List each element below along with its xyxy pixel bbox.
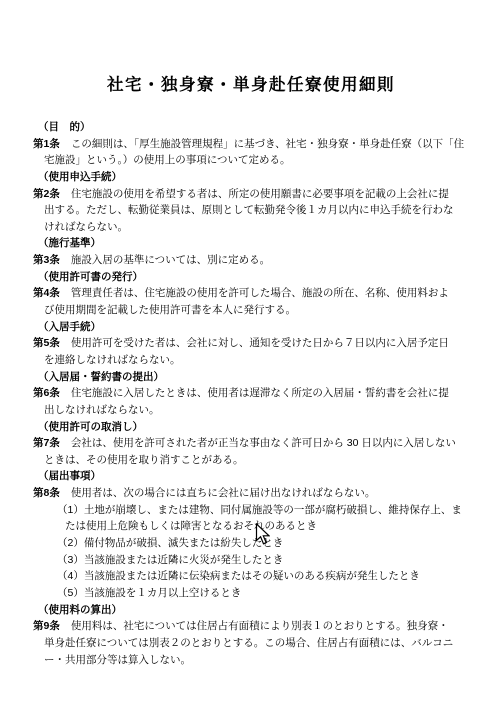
article-line: 単身赴任寮については別表２のとおりとする。この場合、住居占有面積には、バルコニ [44,635,502,652]
article-line: 第6条住宅施設に入居したときは、使用者は遅滞なく所定の入居届・誓約書を会社に提 [33,385,502,402]
article-line: 第9条使用料は、社宅については住居占有面積により別表１のとおりとする。独身寮・ [33,618,502,635]
document-title: 社宅・独身寮・単身赴任寮使用細則 [0,71,502,95]
list-item-line: （3）当該施設または近隣に火災が発生したとき [57,552,502,569]
article-line: 第2条住宅施設の使用を希望する者は、所定の使用願書に必要事項を記載の上会社に提 [33,186,502,203]
section-heading: （入居届・誓約書の提出） [38,369,502,386]
article-line: 第7条会社は、使用を許可された者が正当な事由なく許可日から 30 日以内に入居し… [33,435,502,452]
article-text: 施設入居の基準については、別に定める。 [71,254,270,266]
article-text: 使用料は、社宅については住居占有面積により別表１のとおりとする。独身寮・ [71,620,449,632]
article-line: 第3条施設入居の基準については、別に定める。 [33,252,502,269]
list-item-line: たは使用上危険もしくは障害となるおそれのあるとき [65,518,502,535]
article-number: 第9条 [33,620,60,632]
section-heading: （目 的） [38,119,502,136]
article-line: 第4条管理責任者は、住宅施設の使用を許可した場合、施設の所在、名称、使用料およ [33,285,502,302]
article-number: 第4条 [33,287,60,299]
article-line: 出しなければならない。 [44,402,502,419]
article-number: 第1条 [33,138,60,150]
article-line: を連絡しなければならない。 [44,352,502,369]
section-heading: （使用料の算出） [38,602,502,619]
list-item-line: （2）備付物品が破損、滅失または紛失したとき [57,535,502,552]
article-number: 第6条 [33,387,60,399]
article-line: 宅施設」という。）の使用上の事項について定める。 [44,152,502,169]
article-number: 第5条 [33,337,60,349]
article-line: ときは、その使用を取り消すことがある。 [44,452,502,469]
article-number: 第7条 [33,437,60,449]
article-text: この細則は、「厚生施設管理規程」に基づき、社宅・独身寮・単身赴任寮（以下「住 [71,138,464,150]
section-heading: （使用許可書の発行） [38,269,502,286]
article-line: ー・共用部分等は算入しない。 [44,652,502,669]
article-text: 使用許可を受けた者は、会社に対し、通知を受けた日から７日以内に入居予定日 [71,337,449,349]
article-text: 住宅施設に入居したときは、使用者は遅滞なく所定の入居届・誓約書を会社に提 [71,387,449,399]
section-heading: （届出事項） [38,468,502,485]
article-line: 第5条使用許可を受けた者は、会社に対し、通知を受けた日から７日以内に入居予定日 [33,335,502,352]
article-text: 管理責任者は、住宅施設の使用を許可した場合、施設の所在、名称、使用料およ [71,287,449,299]
section-heading: （入居手続） [38,319,502,336]
article-number: 第2条 [33,188,60,200]
section-heading: （使用申込手続） [38,169,502,186]
article-text: 会社は、使用を許可された者が正当な事由なく許可日から 30 日以内に入居しない [71,437,456,449]
article-text: 住宅施設の使用を希望する者は、所定の使用願書に必要事項を記載の上会社に提 [71,188,449,200]
article-line: ければならない。 [44,219,502,236]
section-heading: （使用許可の取消し） [38,419,502,436]
article-line: 出する。ただし、転勤従業員は、原則として転勤発令後１カ月以内に申込手続を行わな [44,202,502,219]
list-item-line: （1）土地が崩壊し、または建物、同付属施設等の一部が腐朽破損し、維持保存上、ま [57,502,502,519]
article-number: 第3条 [33,254,60,266]
section-heading: （施行基準） [38,235,502,252]
list-item-line: （5）当該施設を１カ月以上空けるとき [57,585,502,602]
list-item-line: （4）当該施設または近隣に伝染病またはその疑いのある疾病が発生したとき [57,568,502,585]
article-line: び使用期間を記載した使用許可書を本人に発行する。 [44,302,502,319]
article-number: 第8条 [33,487,60,499]
article-line: 第8条使用者は、次の場合には直ちに会社に届け出なければならない。 [33,485,502,502]
document-body: （目 的）第1条この細則は、「厚生施設管理規程」に基づき、社宅・独身寮・単身赴任… [0,119,502,668]
article-line: 第1条この細則は、「厚生施設管理規程」に基づき、社宅・独身寮・単身赴任寮（以下「… [33,136,502,153]
document-page: { "page": { "background_color": "#ffffff… [0,0,502,726]
article-text: 使用者は、次の場合には直ちに会社に届け出なければならない。 [71,487,376,499]
